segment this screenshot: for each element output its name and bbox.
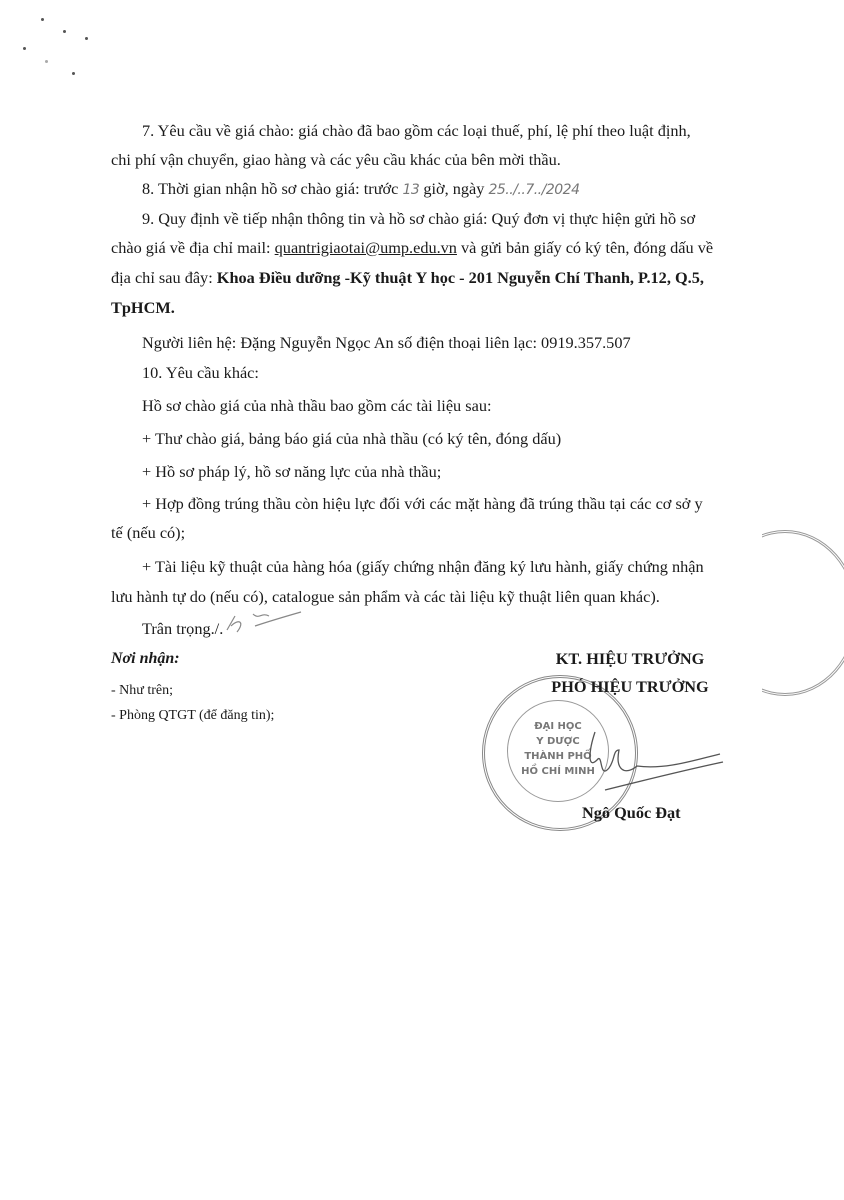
closing: Trân trọng./. xyxy=(142,619,223,639)
doc-item-cont: tế (nếu có); xyxy=(111,523,185,543)
item-8-label: 8. Thời gian nhận hồ sơ chào giá: trước xyxy=(142,179,402,198)
address: Khoa Điều dưỡng -Kỹ thuật Y học - 201 Ng… xyxy=(217,268,704,287)
recipients-title: Nơi nhận: xyxy=(111,650,180,668)
signature-block: KT. HIỆU TRƯỞNG PHÓ HIỆU TRƯỞNG xyxy=(530,645,730,701)
item-9-line-2: chào giá về địa chỉ mail: quantrigiaotai… xyxy=(111,238,713,258)
item-7-line-1: 7. Yêu cầu về giá chào: giá chào đã bao … xyxy=(142,121,691,141)
docs-intro: Hồ sơ chào giá của nhà thầu bao gồm các … xyxy=(142,396,492,416)
handwritten-date: 25../..7../2024 xyxy=(488,182,579,198)
signer-title-1: KT. HIỆU TRƯỞNG xyxy=(530,645,730,673)
signer-name: Ngô Quốc Đạt xyxy=(582,803,681,823)
signer-title-2: PHÓ HIỆU TRƯỞNG xyxy=(530,673,730,701)
item-9-text-2: và gửi bản giấy có ký tên, đóng dấu về xyxy=(457,238,713,257)
doc-item: + Thư chào giá, bảng báo giá của nhà thầ… xyxy=(142,429,561,449)
contact-line: Người liên hệ: Đặng Nguyễn Ngọc An số đi… xyxy=(142,333,631,353)
handwritten-signature-icon xyxy=(585,730,725,800)
item-9-line-3: địa chỉ sau đây: Khoa Điều dưỡng -Kỹ thu… xyxy=(111,268,704,288)
doc-item: + Hồ sơ pháp lý, hồ sơ năng lực của nhà … xyxy=(142,462,441,482)
doc-item: + Tài liệu kỹ thuật của hàng hóa (giấy c… xyxy=(142,557,704,577)
item-9-line-1: 9. Quy định về tiếp nhận thông tin và hồ… xyxy=(142,209,695,229)
recipient-item: - Phòng QTGT (để đăng tin); xyxy=(111,708,274,724)
item-8-mid: giờ, ngày xyxy=(419,179,488,198)
item-7-line-2: chi phí vận chuyển, giao hàng và các yêu… xyxy=(111,150,561,170)
initials-signature-icon xyxy=(225,608,305,638)
address-line-2: TpHCM. xyxy=(111,298,175,318)
item-10: 10. Yêu cầu khác: xyxy=(142,363,259,383)
partial-stamp-icon xyxy=(712,530,844,696)
doc-item-cont: lưu hành tự do (nếu có), catalogue sản p… xyxy=(111,587,660,607)
recipient-item: - Như trên; xyxy=(111,683,173,699)
scan-speckles xyxy=(20,15,90,75)
doc-item: + Hợp đồng trúng thầu còn hiệu lực đối v… xyxy=(142,494,703,514)
item-8: 8. Thời gian nhận hồ sơ chào giá: trước … xyxy=(142,179,579,200)
email-link[interactable]: quantrigiaotai@ump.edu.vn xyxy=(275,238,457,257)
address-label: địa chỉ sau đây: xyxy=(111,268,217,287)
handwritten-hour: 13 xyxy=(402,182,419,198)
item-9-text: chào giá về địa chỉ mail: xyxy=(111,238,275,257)
